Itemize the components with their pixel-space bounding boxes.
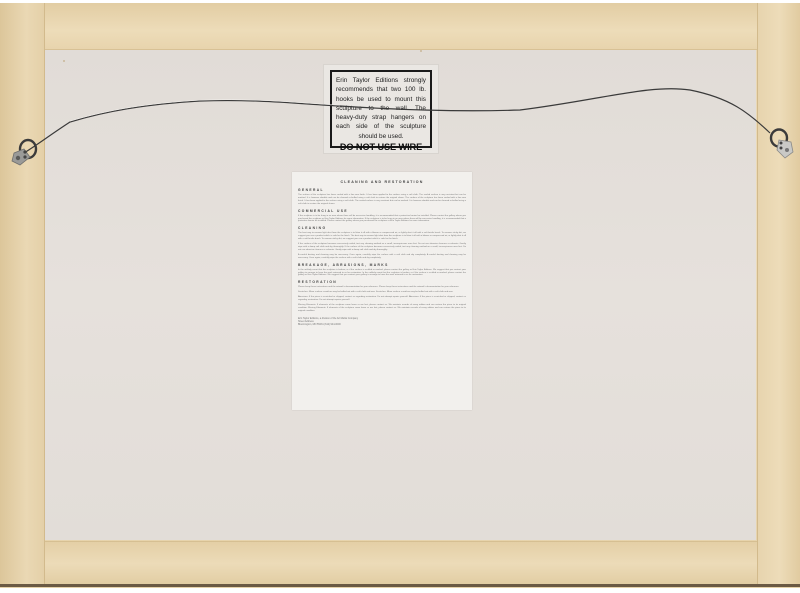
section-heading: CLEANING <box>298 226 466 230</box>
dust-speck <box>63 60 65 62</box>
warning-body: Erin Taylor Editions strongly recommends… <box>336 76 426 141</box>
tape-top <box>0 3 800 50</box>
section-paragraph: Scratches: Minor surface scratches may b… <box>298 291 466 294</box>
document-address: Erin Taylor Editions, a division of the … <box>298 317 466 327</box>
tape-right <box>757 3 800 584</box>
section-heading: RESTORATION <box>298 280 466 284</box>
section-paragraph: A careful dusting and cleaning may be ne… <box>298 254 466 260</box>
frame-bottom-edge <box>0 584 800 587</box>
section-heading: COMMERCIAL USE <box>298 209 466 213</box>
d-ring-hanger-right-icon <box>767 128 797 160</box>
warning-box: Erin Taylor Editions strongly recommends… <box>330 70 432 148</box>
document-sections: GENERALThe surface of the sculpture has … <box>298 188 466 313</box>
section-heading: GENERAL <box>298 188 466 192</box>
section-paragraph: The best way to remove light dust from t… <box>298 232 466 241</box>
section-paragraph: Please keep these instructions and the a… <box>298 286 466 289</box>
section-paragraph: Missing Elements: If elements of the scu… <box>298 304 466 313</box>
section-paragraph: If the surface of the sculpture becomes … <box>298 243 466 252</box>
section-paragraph: The surface of the sculpture has been se… <box>298 194 466 206</box>
tape-bottom <box>0 541 800 585</box>
section-paragraph: Abrasions: If the piece is scratched or … <box>298 296 466 302</box>
section-paragraph: If the sculpture is to be hung in an are… <box>298 215 466 224</box>
dust-speck <box>420 50 422 52</box>
section-heading: BREAKAGE, ABRASIONS, MARKS <box>298 263 466 267</box>
warning-emphasis: DO NOT USE WIRE <box>336 142 426 152</box>
tape-left <box>0 3 45 584</box>
care-instructions-document: CLEANING AND RESTORATION GENERALThe surf… <box>292 172 472 410</box>
d-ring-hanger-left-icon <box>8 137 40 169</box>
address-line: Bloomington, MN 55431 (612) 944-0000 <box>298 323 466 326</box>
section-paragraph: In the unlikely event that the sculpture… <box>298 269 466 278</box>
document-title: CLEANING AND RESTORATION <box>298 180 466 184</box>
warning-label: Erin Taylor Editions strongly recommends… <box>323 64 439 154</box>
